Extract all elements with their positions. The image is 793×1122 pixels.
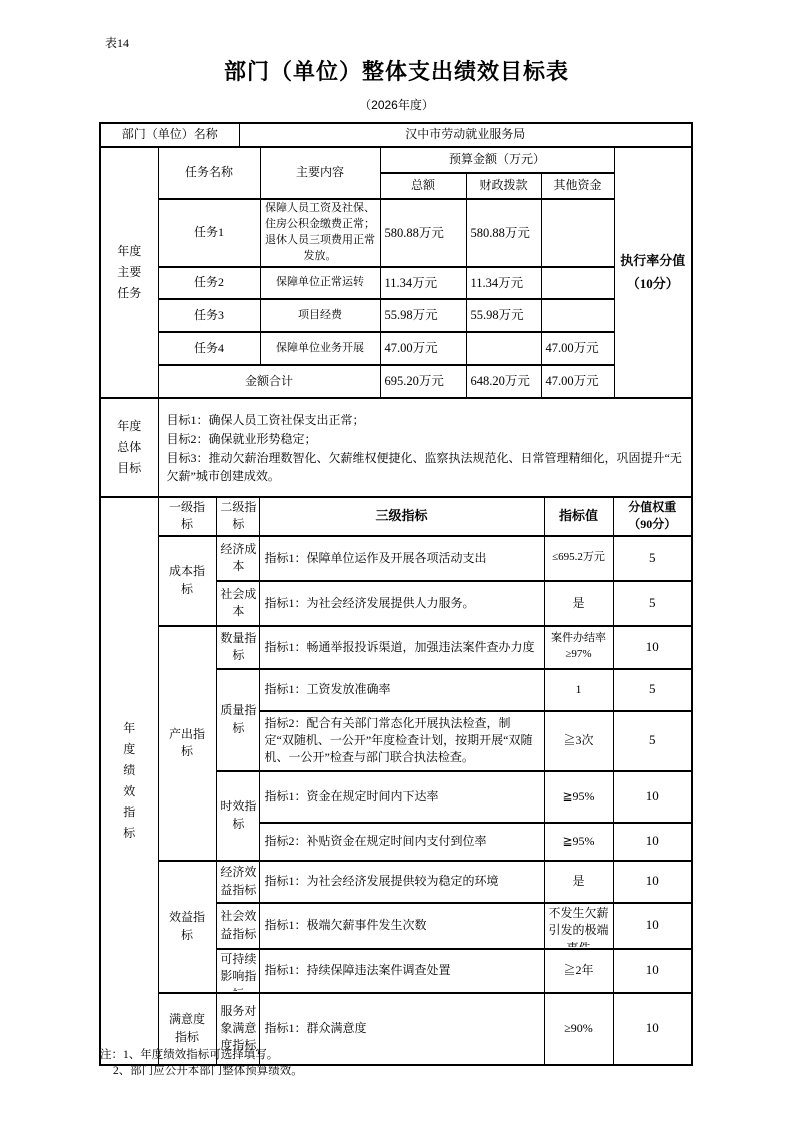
goals-section-label: 年度总体目标 [116, 416, 142, 479]
task4-total: 47.00万元 [380, 332, 466, 365]
dept-value-cell: 汉中市劳动就业服务局 [239, 124, 691, 146]
value-cell: 不发生欠薪引发的极端事件 [544, 903, 613, 949]
amount-total-other: 47.00万元 [541, 365, 614, 397]
level3-cell: 指标1：极端欠薪事件发生次数 [259, 903, 544, 949]
indicators-section: 年度绩效指标 一级指标 二级指标 三级指标 指标值 分值权重（90分） 成本指标… [101, 496, 691, 1064]
task3-total: 55.98万元 [380, 299, 466, 332]
goal-line: 目标3：推动欠薪治理数智化、欠薪维权便捷化、监察执法规范化、日常管理精细化，巩固… [167, 449, 684, 486]
weight-header: 分值权重（90分） [613, 498, 691, 536]
value-cell: 是 [544, 581, 613, 626]
task2-name: 任务2 [158, 267, 260, 299]
task2-other [541, 267, 614, 299]
value-cell: 是 [544, 861, 613, 903]
indicator-row: 产出指标 数量指标 指标1：畅通举报投诉渠道，加强违法案件查办力度 案件办结率≥… [101, 626, 691, 669]
level3-cell: 指标1：资金在规定时间内下达率 [259, 771, 544, 823]
task3-name: 任务3 [158, 299, 260, 332]
task1-total: 580.88万元 [380, 199, 466, 267]
level2-cell: 社会成本 [216, 581, 259, 626]
task-row: 任务2 保障单位正常运转 11.34万元 11.34万元 [101, 267, 691, 299]
task-total-row: 金额合计 695.20万元 648.20万元 47.00万元 [101, 365, 691, 397]
weight-cell: 10 [613, 903, 691, 949]
level3-cell: 指标1：群众满意度 [259, 993, 544, 1064]
level3-header: 三级指标 [259, 498, 544, 536]
weight-cell: 5 [613, 711, 691, 771]
tasks-section: 年度主要任务 任务名称 主要内容 预算金额（万元） 执行率分值（10分） 总额 … [101, 146, 691, 397]
task-row: 任务4 保障单位业务开展 47.00万元 47.00万元 [101, 332, 691, 365]
amount-total-total: 695.20万元 [380, 365, 466, 397]
task1-content: 保障人员工资及社保、住房公积金缴费正常；退休人员三项费用正常发放。 [260, 199, 380, 267]
level1-benefit-cell: 效益指标 [158, 861, 216, 993]
task4-other: 47.00万元 [541, 332, 614, 365]
goal-line: 目标2：确保就业形势稳定； [167, 430, 684, 449]
level2-cell: 经济效益指标 [216, 861, 259, 903]
exec-score-header-cell: 执行率分值（10分） [614, 148, 691, 397]
level3-cell: 指标1：工资发放准确率 [259, 669, 544, 711]
tasks-section-label-cell: 年度主要任务 [101, 148, 158, 397]
note-line-2: 2、部门应公开本部门整体预算绩效。 [113, 1063, 303, 1079]
level3-cell: 指标2：补贴资金在规定时间内支付到位率 [259, 823, 544, 861]
level3-cell: 指标1：为社会经济发展提供较为稳定的环境 [259, 861, 544, 903]
amount-total-label: 金额合计 [158, 365, 380, 397]
indicator-row: 效益指标 经济效益指标 指标1：为社会经济发展提供较为稳定的环境 是 10 [101, 861, 691, 903]
level2-cell: 质量指标 [216, 669, 259, 771]
task3-content: 项目经费 [260, 299, 380, 332]
goals-section-label-cell: 年度总体目标 [101, 399, 158, 496]
weight-cell: 5 [613, 669, 691, 711]
performance-target-table: 部门（单位）名称 汉中市劳动就业服务局 年度主要任务 任务名称 主要内容 预 [99, 122, 693, 1066]
task4-fiscal [466, 332, 541, 365]
weight-cell: 10 [613, 626, 691, 669]
level3-cell: 指标1：为社会经济发展提供人力服务。 [259, 581, 544, 626]
level1-header: 一级指标 [158, 498, 216, 536]
task1-other [541, 199, 614, 267]
value-cell: 案件办结率≥97% [544, 626, 613, 669]
task3-fiscal: 55.98万元 [466, 299, 541, 332]
value-cell: ≧3次 [544, 711, 613, 771]
value-cell: ≤695.2万元 [544, 536, 613, 581]
task2-total: 11.34万元 [380, 267, 466, 299]
level1-output-cell: 产出指标 [158, 626, 216, 861]
sheet-label: 表14 [105, 34, 129, 51]
page-title: 部门（单位）整体支出绩效目标表 [0, 55, 793, 86]
note-line-1: 注：1、年度绩效指标可选择填写。 [100, 1047, 278, 1063]
weight-cell: 10 [613, 823, 691, 861]
level1-cost-cell: 成本指标 [158, 536, 216, 626]
indicators-section-label-cell: 年度绩效指标 [101, 498, 158, 1064]
main-content-header: 主要内容 [260, 148, 380, 199]
dept-section: 部门（单位）名称 汉中市劳动就业服务局 [101, 124, 691, 146]
goals-section: 年度总体目标 目标1：确保人员工资社保支出正常； 目标2：确保就业形势稳定； 目… [101, 397, 691, 496]
task1-name: 任务1 [158, 199, 260, 267]
indicators-table: 年度绩效指标 一级指标 二级指标 三级指标 指标值 分值权重（90分） 成本指标… [101, 498, 691, 1064]
level2-header: 二级指标 [216, 498, 259, 536]
level3-cell: 指标1：持续保障违法案件调查处置 [259, 949, 544, 993]
task4-name: 任务4 [158, 332, 260, 365]
task2-fiscal: 11.34万元 [466, 267, 541, 299]
tasks-section-label: 年度主要任务 [116, 241, 142, 304]
level2-cell: 数量指标 [216, 626, 259, 669]
budget-other-header: 其他资金 [541, 173, 614, 199]
task-row: 任务1 保障人员工资及社保、住房公积金缴费正常；退休人员三项费用正常发放。 58… [101, 199, 691, 267]
weight-cell: 5 [613, 581, 691, 626]
goal-line: 目标1：确保人员工资社保支出正常； [167, 411, 684, 430]
document-page: 表14 部门（单位）整体支出绩效目标表 （2026年度） 部门（单位）名称 汉中… [0, 0, 793, 1122]
task4-content: 保障单位业务开展 [260, 332, 380, 365]
budget-fiscal-header: 财政拨款 [466, 173, 541, 199]
value-cell: ≥90% [544, 993, 613, 1064]
weight-cell: 10 [613, 861, 691, 903]
amount-total-fiscal: 648.20万元 [466, 365, 541, 397]
level3-cell: 指标1：畅通举报投诉渠道，加强违法案件查办力度 [259, 626, 544, 669]
weight-cell: 10 [613, 993, 691, 1064]
indicators-section-label: 年度绩效指标 [122, 718, 136, 844]
page-subtitle: （2026年度） [0, 96, 793, 113]
budget-group-header: 预算金额（万元） [380, 148, 614, 173]
value-cell: 1 [544, 669, 613, 711]
weight-cell: 10 [613, 949, 691, 993]
goals-table: 年度总体目标 目标1：确保人员工资社保支出正常； 目标2：确保就业形势稳定； 目… [101, 399, 691, 496]
value-cell: ≧95% [544, 823, 613, 861]
task2-content: 保障单位正常运转 [260, 267, 380, 299]
level2-cell: 时效指标 [216, 771, 259, 861]
task-row: 任务3 项目经费 55.98万元 55.98万元 [101, 299, 691, 332]
weight-cell: 5 [613, 536, 691, 581]
value-header: 指标值 [544, 498, 613, 536]
value-cell: ≧95% [544, 771, 613, 823]
value-cell: ≧2年 [544, 949, 613, 993]
weight-cell: 10 [613, 771, 691, 823]
tasks-table: 年度主要任务 任务名称 主要内容 预算金额（万元） 执行率分值（10分） 总额 … [101, 148, 691, 397]
dept-table: 部门（单位）名称 汉中市劳动就业服务局 [101, 124, 691, 146]
dept-label-cell: 部门（单位）名称 [101, 124, 239, 146]
level3-cell: 指标2：配合有关部门常态化开展执法检查，制定“双随机、一公开”年度检查计划，按期… [259, 711, 544, 771]
level2-cell: 可持续影响指标 [216, 949, 259, 993]
level2-cell: 社会效益指标 [216, 903, 259, 949]
task-name-header: 任务名称 [158, 148, 260, 199]
budget-total-header: 总额 [380, 173, 466, 199]
goals-content-cell: 目标1：确保人员工资社保支出正常； 目标2：确保就业形势稳定； 目标3：推动欠薪… [158, 399, 691, 496]
indicators-header-row: 年度绩效指标 一级指标 二级指标 三级指标 指标值 分值权重（90分） [101, 498, 691, 536]
task3-other [541, 299, 614, 332]
level3-cell: 指标1：保障单位运作及开展各项活动支出 [259, 536, 544, 581]
task1-fiscal: 580.88万元 [466, 199, 541, 267]
indicator-row: 成本指标 经济成本 指标1：保障单位运作及开展各项活动支出 ≤695.2万元 5 [101, 536, 691, 581]
exec-score-header: 执行率分值（10分） [619, 250, 686, 296]
level2-cell: 经济成本 [216, 536, 259, 581]
